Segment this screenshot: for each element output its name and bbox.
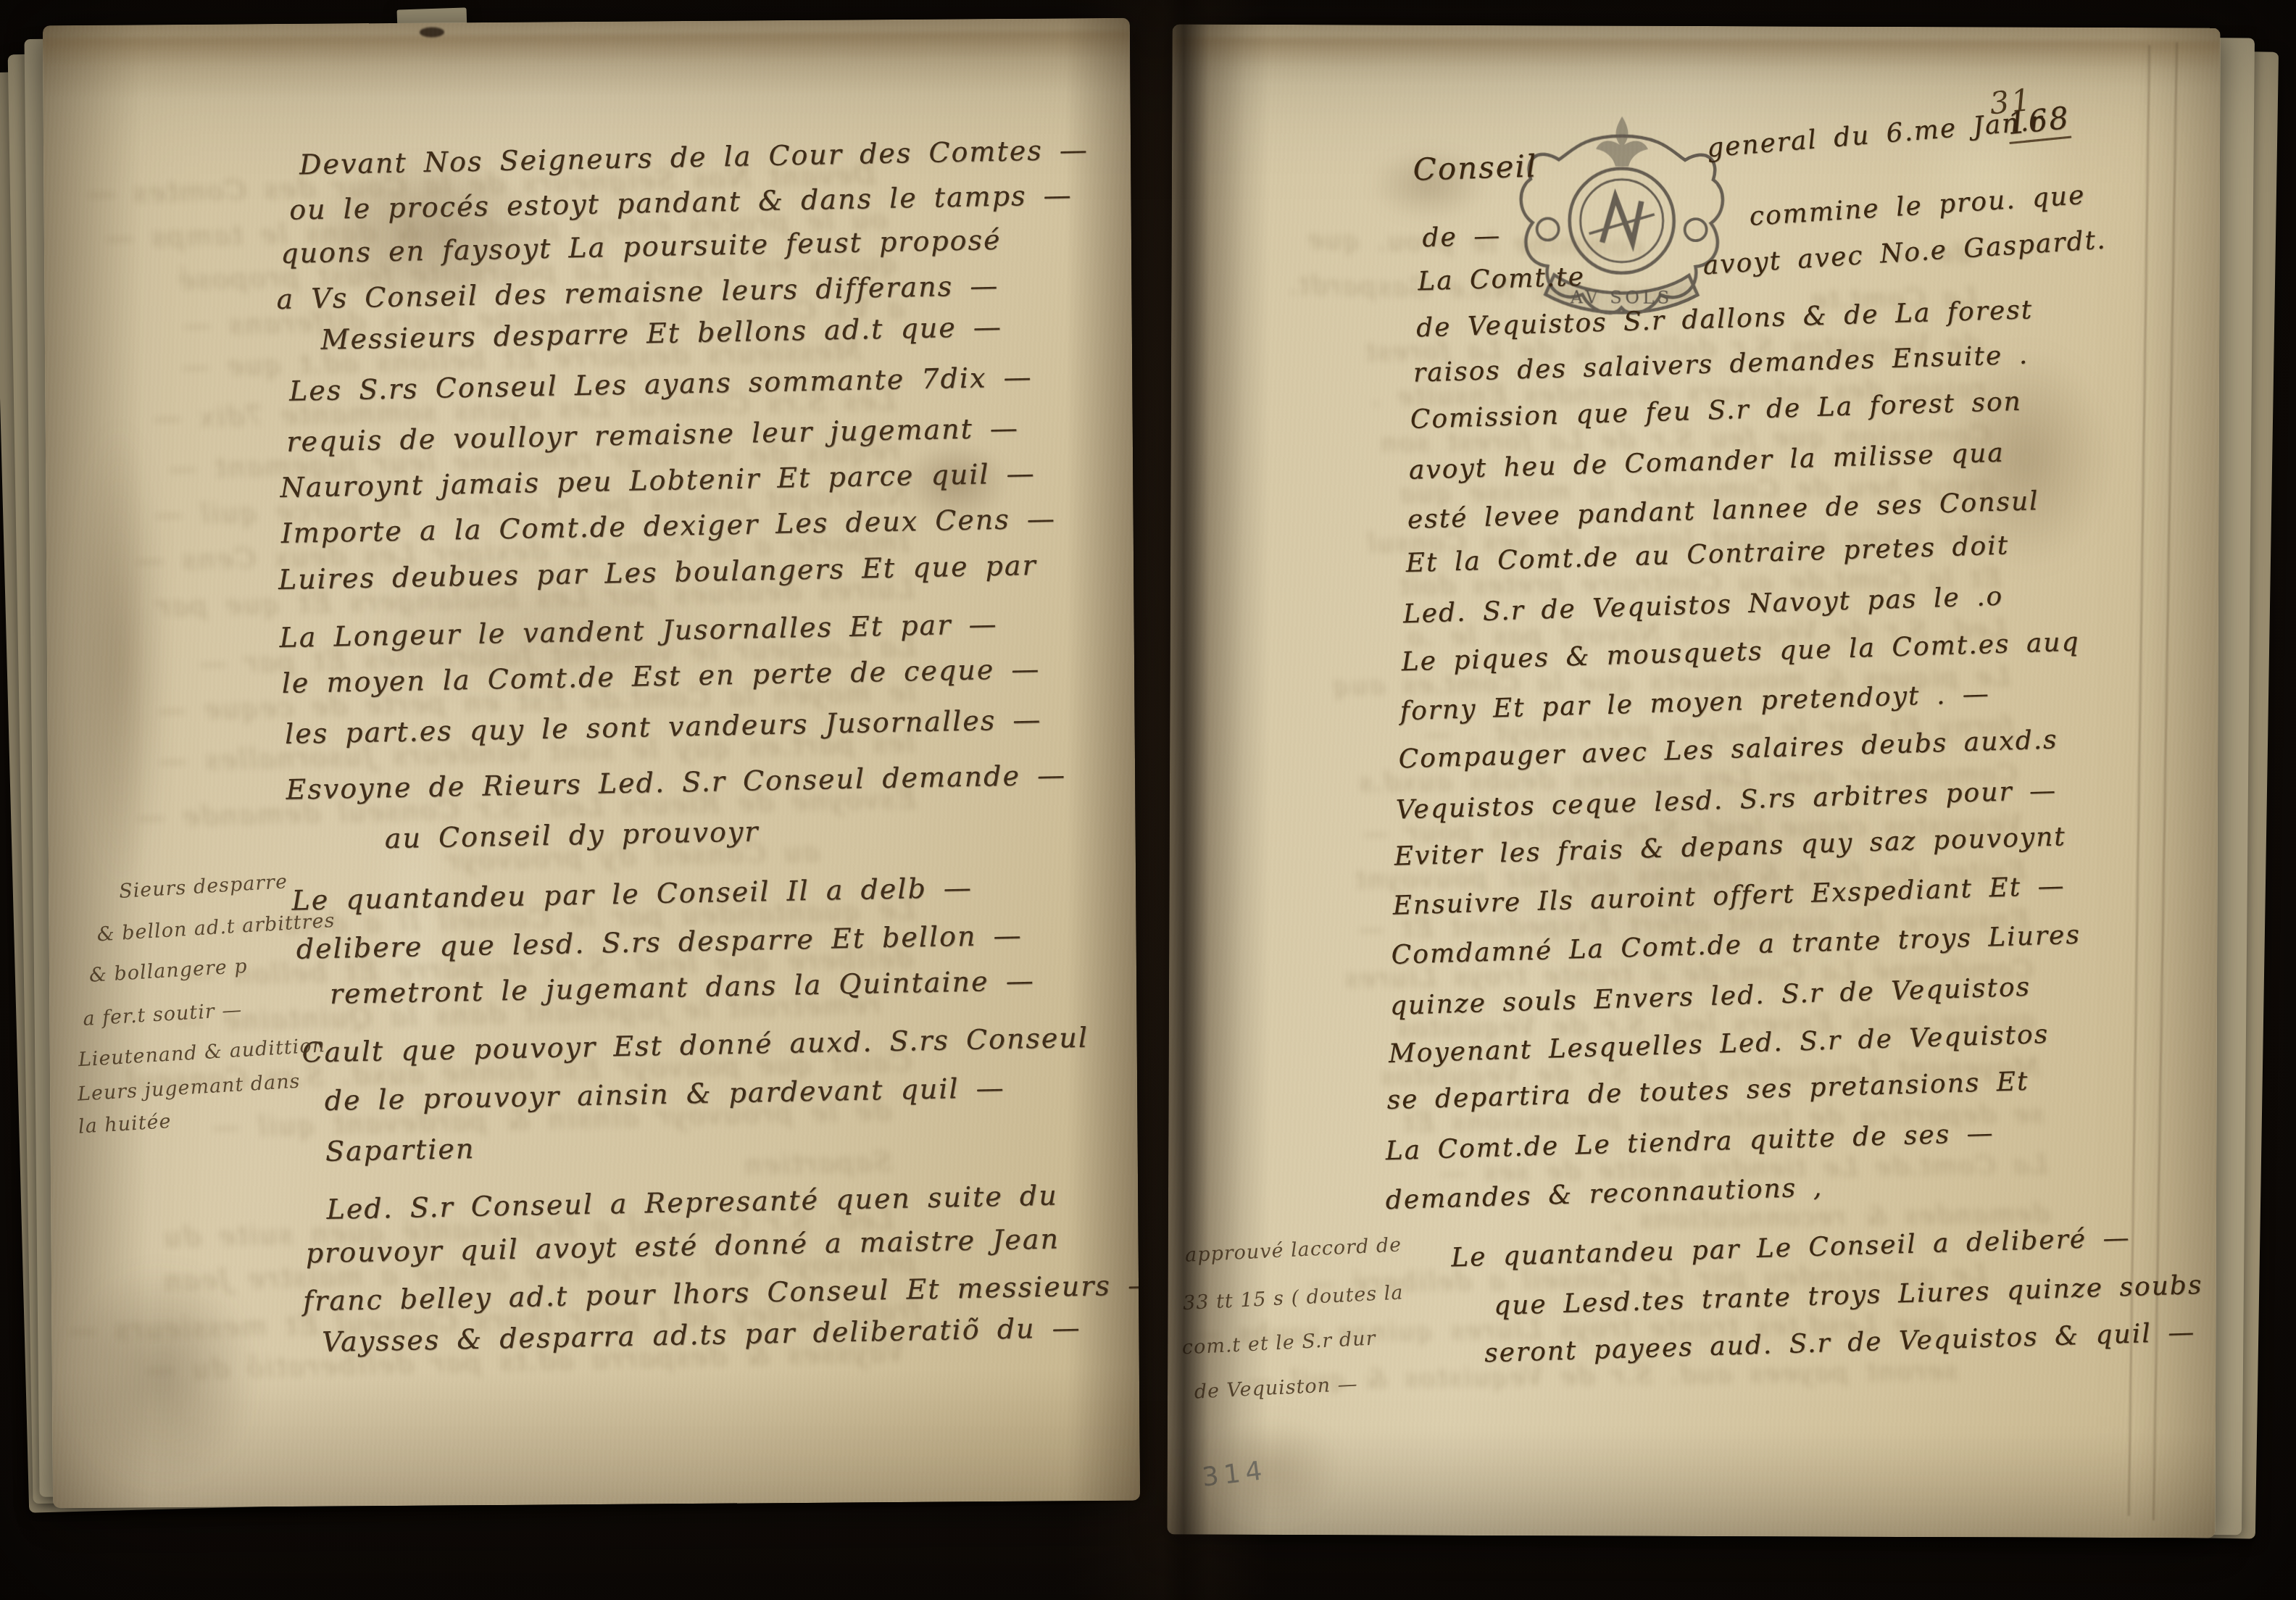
margin-note: Lieutenand & audittion [78,1036,326,1070]
left-page: Devant Nos Seigneurs de la Cour des Comt… [43,18,1140,1508]
left-page-margin-notes: Sieurs desparre& bellon ad.t arbittres& … [43,18,1140,1508]
margin-note: Sieurs desparre [118,872,288,901]
margin-note: & bellon ad.t arbittres [96,911,336,944]
margin-note: com.t et le S.r dur [1181,1329,1376,1358]
margin-note: approuvé laccord de [1185,1235,1402,1265]
margin-note: la huitée [78,1112,172,1137]
margin-note: Leurs jugemant dans [77,1072,301,1104]
photo-background: Devant Nos Seigneurs de la Cour des Comt… [0,0,2296,1600]
right-page: AV SOLS 31 314 de —commine le prou. queL… [1167,24,2220,1538]
margin-note: de Vequiston — [1194,1375,1358,1402]
margin-note: a fer.t soutir — [83,1000,243,1029]
right-page-margin-notes: approuvé laccord de33 tt 15 s ( doutes l… [1167,24,2220,1538]
margin-note: 33 tt 15 s ( doutes la [1182,1283,1404,1313]
margin-note: & bollangere p [88,957,248,986]
